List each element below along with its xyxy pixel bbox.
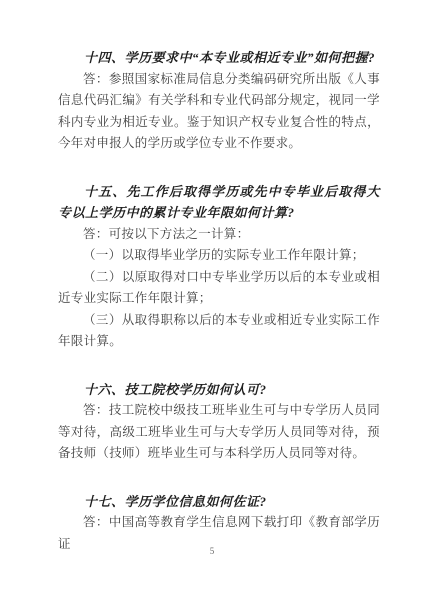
question-heading: 十四、学历要求中“本专业或相近专业”如何把握? xyxy=(58,47,380,69)
answer-paragraph: （二）以原取得对口中专毕业学历以后的本专业或相近专业实际工作年限计算； xyxy=(58,267,380,310)
answer-paragraph: （三）从取得职称以后的本专业或相近专业实际工作年限计算。 xyxy=(58,310,380,353)
question-heading: 十七、学历学位信息如何佐证? xyxy=(58,491,380,513)
qa-section: 十六、技工院校学历如何认可?答：技工院校中级技工班毕业生可与中专学历人员同等对待… xyxy=(58,379,380,465)
question-heading: 十五、先工作后取得学历或先中专毕业后取得大专以上学历中的累计专业年限如何计算? xyxy=(58,181,380,224)
answer-paragraph: 答：可按以下方法之一计算： xyxy=(58,224,380,246)
page-number: 5 xyxy=(0,546,424,556)
question-heading: 十六、技工院校学历如何认可? xyxy=(58,379,380,401)
answer-paragraph: 答：参照国家标准局信息分类编码研究所出版《人事信息代码汇编》有关学科和专业代码部… xyxy=(58,69,380,155)
document-page: 十四、学历要求中“本专业或相近专业”如何把握?答：参照国家标准局信息分类编码研究… xyxy=(0,0,424,600)
qa-section: 十五、先工作后取得学历或先中专毕业后取得大专以上学历中的累计专业年限如何计算?答… xyxy=(58,181,380,353)
answer-paragraph: （一）以取得毕业学历的实际专业工作年限计算； xyxy=(58,245,380,267)
qa-section: 十四、学历要求中“本专业或相近专业”如何把握?答：参照国家标准局信息分类编码研究… xyxy=(58,47,380,155)
answer-paragraph: 答：技工院校中级技工班毕业生可与中专学历人员同等对待，高级工班毕业生可与大专学历… xyxy=(58,400,380,465)
document-body: 十四、学历要求中“本专业或相近专业”如何把握?答：参照国家标准局信息分类编码研究… xyxy=(58,47,380,555)
